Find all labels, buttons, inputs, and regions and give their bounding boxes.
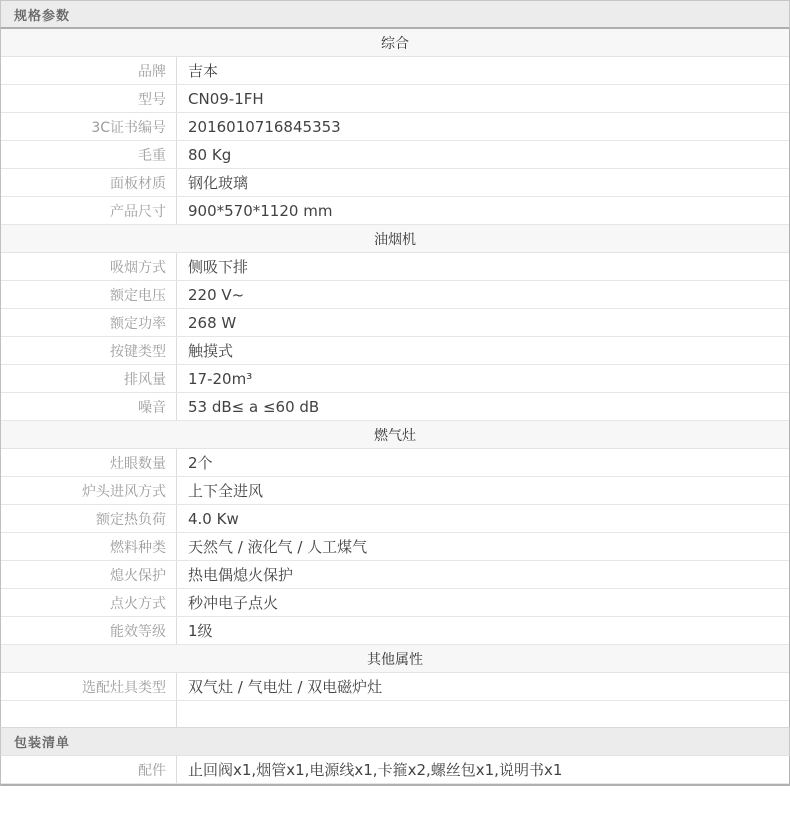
packing-table: 配件止回阀x1,烟管x1,电源线x1,卡箍x2,螺丝包x1,说明书x1 <box>0 756 790 786</box>
spec-row-label: 噪音 <box>1 393 176 420</box>
spec-row: 噪音53 dB≤ a ≤60 dB <box>1 393 789 421</box>
spec-row-label: 排风量 <box>1 365 176 392</box>
spec-row-label: 3C证书编号 <box>1 113 176 140</box>
spec-row: 燃料种类天然气 / 液化气 / 人工煤气 <box>1 533 789 561</box>
spec-params-title: 规格参数 <box>14 5 70 24</box>
spec-row-label: 燃料种类 <box>1 533 176 560</box>
spec-row-value: 80 Kg <box>176 141 789 168</box>
spec-row-value: 900*570*1120 mm <box>176 197 789 224</box>
spec-row: 灶眼数量2个 <box>1 449 789 477</box>
packing-row-label: 配件 <box>1 756 176 783</box>
spec-row-value: 天然气 / 液化气 / 人工煤气 <box>176 533 789 560</box>
spec-row: 排风量17-20m³ <box>1 365 789 393</box>
packing-list-header-bar: 包装清单 <box>0 727 790 756</box>
spec-row-label: 毛重 <box>1 141 176 168</box>
spec-row-value: 4.0 Kw <box>176 505 789 532</box>
spec-row-label: 型号 <box>1 85 176 112</box>
spec-row-value: CN09-1FH <box>176 85 789 112</box>
section-header: 燃气灶 <box>1 421 789 449</box>
spec-row-value: 热电偶熄火保护 <box>176 561 789 588</box>
spec-row: 额定热负荷4.0 Kw <box>1 505 789 533</box>
spec-row-value: 钢化玻璃 <box>176 169 789 196</box>
empty-row-value-cell <box>176 701 789 727</box>
spec-params-header-bar: 规格参数 <box>0 0 790 29</box>
spec-row-label: 额定热负荷 <box>1 505 176 532</box>
section-header: 油烟机 <box>1 225 789 253</box>
spec-row-label: 炉头进风方式 <box>1 477 176 504</box>
spec-row-value: 上下全进风 <box>176 477 789 504</box>
spec-row: 熄火保护热电偶熄火保护 <box>1 561 789 589</box>
spec-row: 面板材质钢化玻璃 <box>1 169 789 197</box>
spec-row-label: 吸烟方式 <box>1 253 176 280</box>
spec-row: 额定电压220 V~ <box>1 281 789 309</box>
empty-row-label-cell <box>1 701 176 727</box>
spec-row: 按键类型触摸式 <box>1 337 789 365</box>
spec-row: 品牌吉本 <box>1 57 789 85</box>
spec-row-value: 2个 <box>176 449 789 476</box>
spec-row: 产品尺寸900*570*1120 mm <box>1 197 789 225</box>
spec-row-label: 选配灶具类型 <box>1 673 176 700</box>
spec-table: 综合品牌吉本型号CN09-1FH3C证书编号2016010716845353毛重… <box>0 29 790 701</box>
spec-row-label: 熄火保护 <box>1 561 176 588</box>
spec-row-value: 1级 <box>176 617 789 644</box>
spec-row-value: 吉本 <box>176 57 789 84</box>
product-spec-page: 规格参数 综合品牌吉本型号CN09-1FH3C证书编号2016010716845… <box>0 0 790 838</box>
spec-row-label: 灶眼数量 <box>1 449 176 476</box>
spec-row-label: 额定功率 <box>1 309 176 336</box>
spec-row-value: 触摸式 <box>176 337 789 364</box>
spec-row: 点火方式秒冲电子点火 <box>1 589 789 617</box>
section-header: 综合 <box>1 29 789 57</box>
spec-row-value: 秒冲电子点火 <box>176 589 789 616</box>
spec-row-label: 能效等级 <box>1 617 176 644</box>
spec-row: 毛重80 Kg <box>1 141 789 169</box>
spec-row: 3C证书编号2016010716845353 <box>1 113 789 141</box>
spec-row-value: 268 W <box>176 309 789 336</box>
spec-row-value: 侧吸下排 <box>176 253 789 280</box>
spec-row-label: 额定电压 <box>1 281 176 308</box>
spec-row: 能效等级1级 <box>1 617 789 645</box>
spec-row: 额定功率268 W <box>1 309 789 337</box>
spec-row-label: 产品尺寸 <box>1 197 176 224</box>
empty-row <box>1 701 789 727</box>
packing-row-value: 止回阀x1,烟管x1,电源线x1,卡箍x2,螺丝包x1,说明书x1 <box>176 756 789 783</box>
spec-row: 选配灶具类型双气灶 / 气电灶 / 双电磁炉灶 <box>1 673 789 701</box>
spec-row-value: 双气灶 / 气电灶 / 双电磁炉灶 <box>176 673 789 700</box>
spec-row-value: 17-20m³ <box>176 365 789 392</box>
spec-row-value: 220 V~ <box>176 281 789 308</box>
packing-row: 配件止回阀x1,烟管x1,电源线x1,卡箍x2,螺丝包x1,说明书x1 <box>1 756 789 784</box>
spec-row: 型号CN09-1FH <box>1 85 789 113</box>
spec-row-value: 53 dB≤ a ≤60 dB <box>176 393 789 420</box>
packing-list-title: 包装清单 <box>14 732 70 751</box>
spec-row-label: 面板材质 <box>1 169 176 196</box>
spec-row: 吸烟方式侧吸下排 <box>1 253 789 281</box>
spec-table-spacer <box>0 701 790 727</box>
spec-row-label: 按键类型 <box>1 337 176 364</box>
spec-row-label: 点火方式 <box>1 589 176 616</box>
spec-row: 炉头进风方式上下全进风 <box>1 477 789 505</box>
section-header: 其他属性 <box>1 645 789 673</box>
spec-row-value: 2016010716845353 <box>176 113 789 140</box>
spec-row-label: 品牌 <box>1 57 176 84</box>
